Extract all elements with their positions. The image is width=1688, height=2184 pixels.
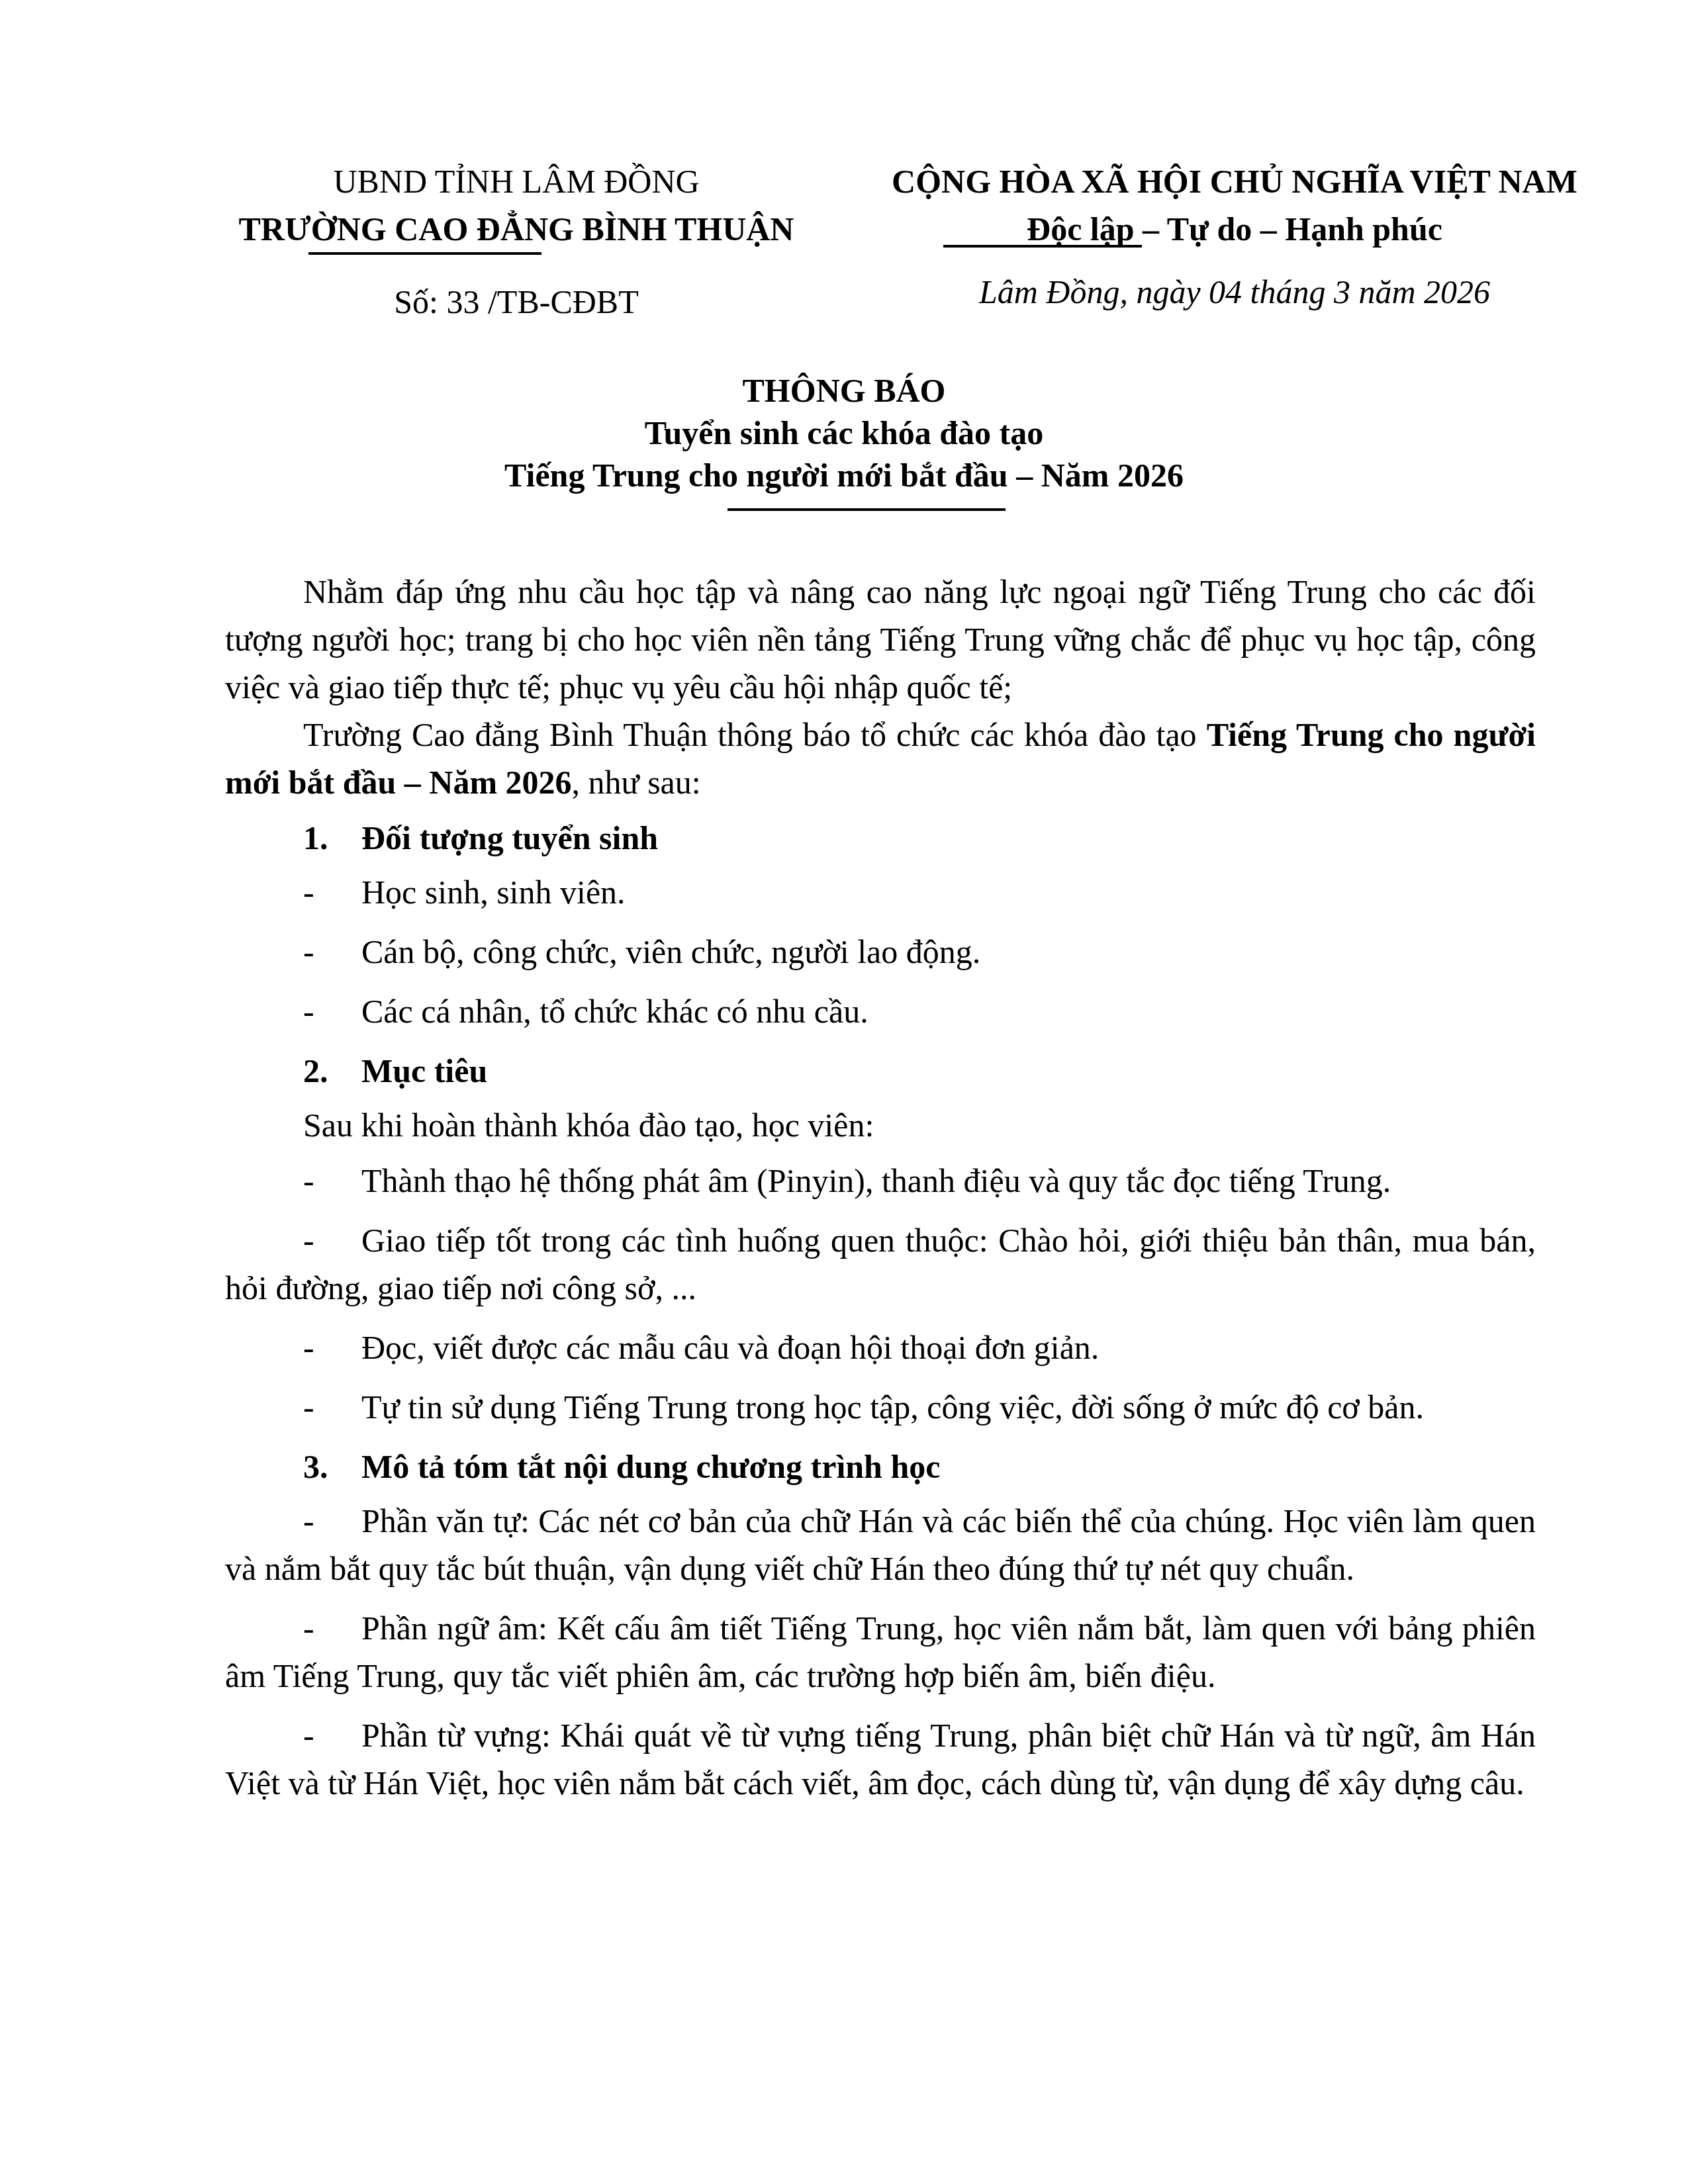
list-item-text: Giao tiếp tốt trong các tình huống quen …	[225, 1222, 1536, 1306]
dash-bullet-icon: -	[303, 1497, 361, 1545]
dash-bullet-icon: -	[303, 1216, 361, 1264]
issuing-authority-block: UBND TỈNH LÂM ĐỒNG TRƯỜNG CAO ĐẲNG BÌNH …	[199, 158, 834, 253]
dash-bullet-icon: -	[303, 987, 361, 1035]
dash-bullet-icon: -	[303, 1157, 361, 1205]
intro-text: Trường Cao đẳng Bình Thuận thông báo tổ …	[303, 716, 1207, 753]
section-heading-2: 2.Mục tiêu	[303, 1047, 1536, 1095]
dash-bullet-icon: -	[303, 1324, 361, 1371]
document-title-block: THÔNG BÁO Tuyển sinh các khóa đào tạo Ti…	[199, 369, 1489, 496]
list-item-text: Tự tin sử dụng Tiếng Trung trong học tập…	[361, 1388, 1424, 1426]
motto-underline	[943, 245, 1142, 248]
document-page: UBND TỈNH LÂM ĐỒNG TRƯỜNG CAO ĐẲNG BÌNH …	[0, 0, 1688, 2184]
section-title: Mục tiêu	[361, 1052, 487, 1089]
section-heading-1: 1.Đối tượng tuyển sinh	[303, 814, 1536, 862]
school-name: TRƯỜNG CAO ĐẲNG BÌNH THUẬN	[199, 205, 834, 253]
intro-paragraph-1: Nhằm đáp ứng nhu cầu học tập và nâng cao…	[225, 568, 1536, 711]
dash-bullet-icon: -	[303, 868, 361, 916]
dash-bullet-icon: -	[303, 928, 361, 976]
list-item: -Phần từ vựng: Khái quát về từ vựng tiến…	[225, 1711, 1536, 1807]
section-lead: Sau khi hoàn thành khóa đào tạo, học viê…	[303, 1101, 1536, 1149]
section-number: 1.	[303, 814, 361, 862]
list-item: -Đọc, viết được các mẫu câu và đoạn hội …	[303, 1324, 1536, 1371]
list-item-text: Các cá nhân, tổ chức khác có nhu cầu.	[361, 993, 868, 1030]
country-name: CỘNG HÒA XÃ HỘI CHỦ NGHĨA VIỆT NAM	[854, 158, 1615, 205]
national-motto-block: CỘNG HÒA XÃ HỘI CHỦ NGHĨA VIỆT NAM Độc l…	[854, 158, 1615, 253]
list-item: -Tự tin sử dụng Tiếng Trung trong học tậ…	[225, 1383, 1536, 1431]
list-item: -Phần văn tự: Các nét cơ bản của chữ Hán…	[225, 1497, 1536, 1592]
list-item: -Học sinh, sinh viên.	[303, 868, 1536, 916]
list-item: -Các cá nhân, tổ chức khác có nhu cầu.	[303, 987, 1536, 1035]
dash-bullet-icon: -	[303, 1711, 361, 1759]
list-item-text: Cán bộ, công chức, viên chức, người lao …	[361, 933, 980, 970]
school-name-underline	[308, 252, 541, 255]
dash-bullet-icon: -	[303, 1604, 361, 1652]
intro-text-suffix: , như sau:	[572, 764, 701, 801]
section-title: Mô tả tóm tắt nội dung chương trình học	[361, 1448, 940, 1485]
provincial-committee: UBND TỈNH LÂM ĐỒNG	[199, 158, 834, 205]
document-body: Nhằm đáp ứng nhu cầu học tập và nâng cao…	[225, 568, 1536, 1819]
document-number: Số: 33 /TB-CĐBT	[199, 278, 834, 326]
list-item-text: Phần văn tự: Các nét cơ bản của chữ Hán …	[225, 1502, 1536, 1587]
list-item-text: Phần từ vựng: Khái quát về từ vựng tiếng…	[225, 1717, 1536, 1801]
document-date: Lâm Đồng, ngày 04 tháng 3 năm 2026	[854, 268, 1615, 316]
section-title: Đối tượng tuyển sinh	[361, 819, 658, 856]
list-item: -Cán bộ, công chức, viên chức, người lao…	[303, 928, 1536, 976]
section-heading-3: 3.Mô tả tóm tắt nội dung chương trình họ…	[303, 1443, 1536, 1490]
list-item-text: Đọc, viết được các mẫu câu và đoạn hội t…	[361, 1329, 1099, 1366]
document-subtitle-2: Tiếng Trung cho người mới bắt đầu – Năm …	[199, 454, 1489, 496]
list-item: -Phần ngữ âm: Kết cấu âm tiết Tiếng Trun…	[225, 1604, 1536, 1700]
intro-paragraph-2: Trường Cao đẳng Bình Thuận thông báo tổ …	[225, 711, 1536, 806]
list-item-text: Học sinh, sinh viên.	[361, 874, 626, 911]
document-subtitle-1: Tuyển sinh các khóa đào tạo	[199, 412, 1489, 454]
title-underline	[727, 508, 1006, 511]
section-number: 3.	[303, 1443, 361, 1490]
list-item: -Giao tiếp tốt trong các tình huống quen…	[225, 1216, 1536, 1312]
document-title: THÔNG BÁO	[199, 369, 1489, 412]
section-number: 2.	[303, 1047, 361, 1095]
list-item-text: Thành thạo hệ thống phát âm (Pinyin), th…	[361, 1162, 1391, 1199]
list-item: -Thành thạo hệ thống phát âm (Pinyin), t…	[303, 1157, 1536, 1205]
list-item-text: Phần ngữ âm: Kết cấu âm tiết Tiếng Trung…	[225, 1610, 1536, 1694]
dash-bullet-icon: -	[303, 1383, 361, 1431]
